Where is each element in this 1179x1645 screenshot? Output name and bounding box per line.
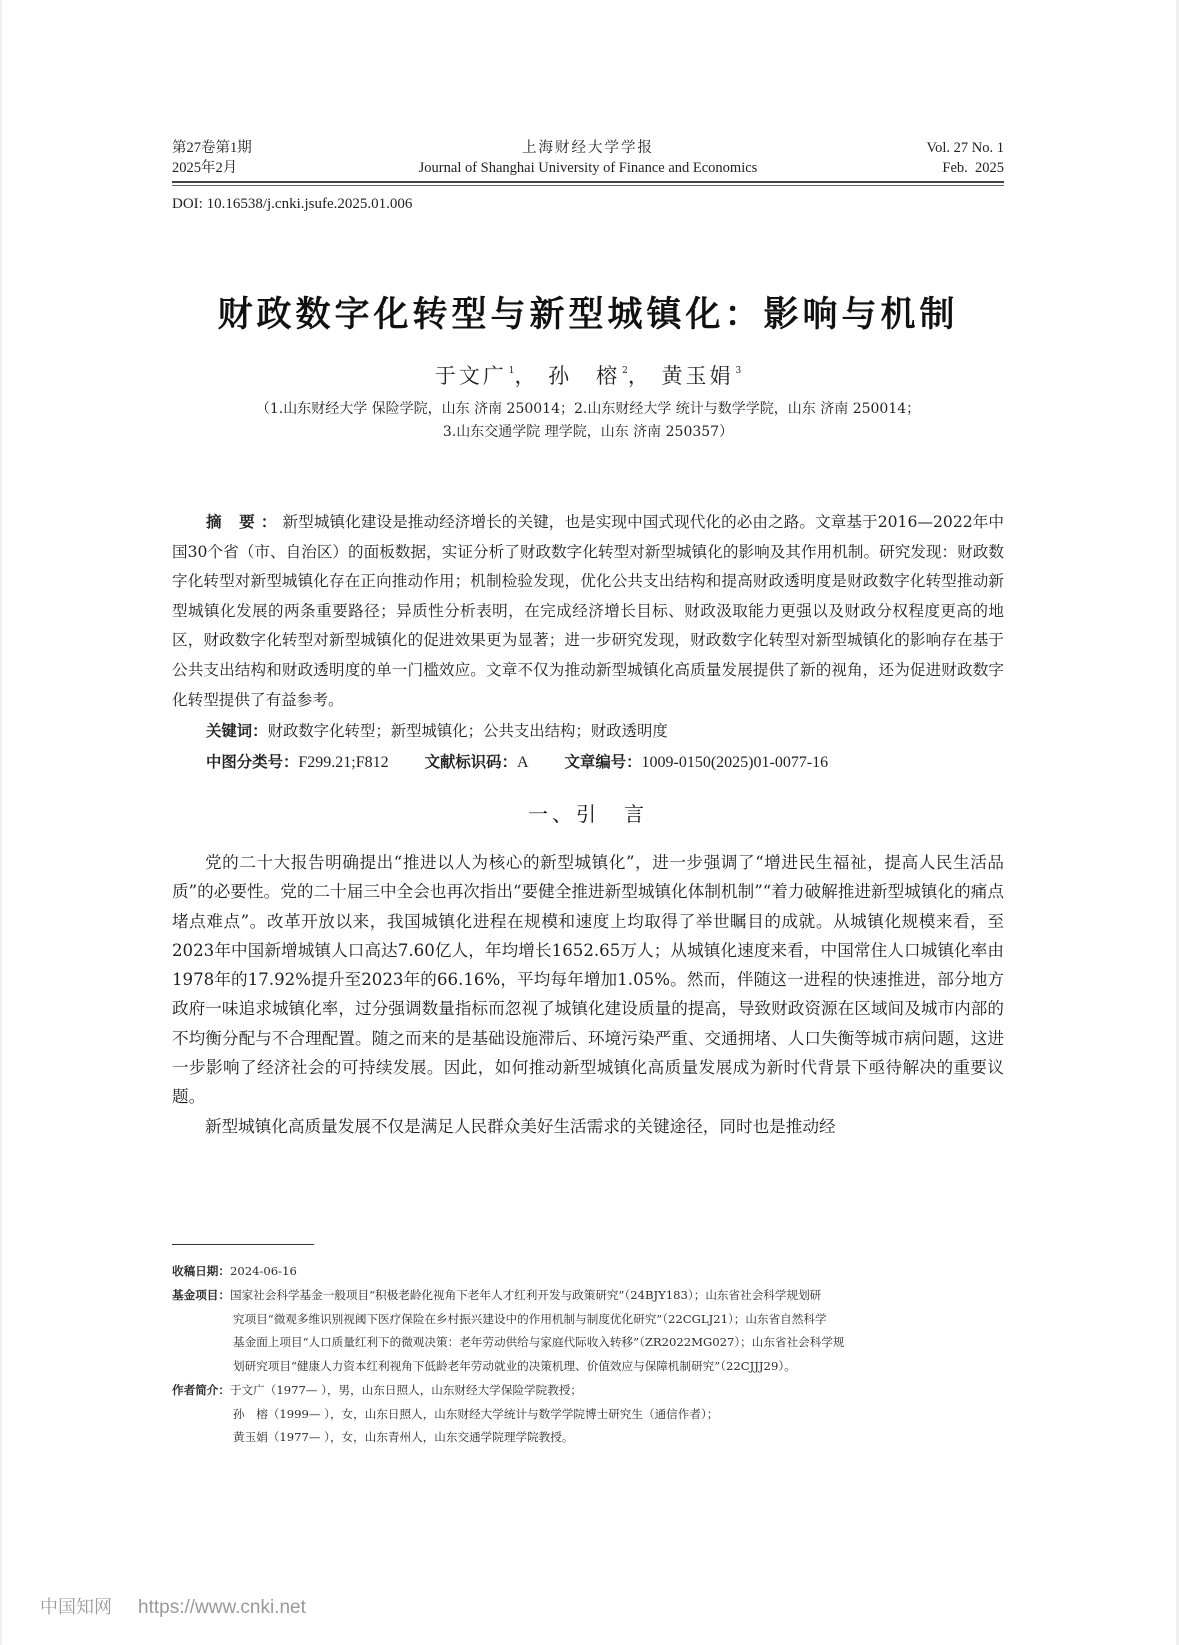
section-heading: 一、引 言 (172, 798, 1004, 827)
affiliation-line: 3.山东交通学院 理学院，山东 济南 250357） (172, 421, 1004, 441)
page-edge-left (0, 0, 2, 1645)
footnote-received-date: 收稿日期：2024-06-16 (172, 1260, 1004, 1284)
abstract-text: 新型城镇化建设是推动经济增长的关键，也是实现中国式现代化的必由之路。文章基于20… (172, 513, 1004, 709)
article-no-value: 1009-0150(2025)01-0077-16 (642, 754, 829, 771)
cnki-site-name: 中国知网 (40, 1597, 112, 1618)
author-bio-line: 黄玉娟（1977— ），女，山东青州人，山东交通学院理学院教授。 (172, 1426, 1004, 1450)
cnki-url-link[interactable]: https://www.cnki.net (138, 1597, 306, 1618)
received-label: 收稿日期： (172, 1264, 230, 1278)
keywords-label: 关键词： (206, 722, 268, 740)
authors-bio-label: 作者简介： (172, 1383, 230, 1397)
author-bio-line: 孙 榕（1999— ），女，山东日照人，山东财经大学统计与数学学院博士研究生（通… (172, 1403, 1004, 1427)
doi[interactable]: DOI: 10.16538/j.cnki.jsufe.2025.01.006 (172, 196, 412, 213)
body-paragraph: 党的二十大报告明确提出“推进以人为核心的新型城镇化”，进一步强调了“增进民生福祉… (172, 848, 1004, 1112)
author-affiliation-marker: 3 (736, 366, 742, 376)
abstract-label: 摘 要： (206, 513, 283, 531)
running-header: 第27卷第1期 2025年2月 上海财经大学学报 Journal of Shan… (172, 138, 1004, 178)
footnote-author-bios: 作者简介：于文广（1977— ），男，山东日照人，山东财经大学保险学院教授； 孙… (172, 1379, 1004, 1450)
clc-label: 中图分类号： (206, 753, 298, 771)
funding-line: 基金面上项目“人口质量红利下的微观决策：老年劳动供给与家庭代际收入转移”（ZR2… (172, 1331, 1004, 1355)
running-header-center: 上海财经大学学报 Journal of Shanghai University … (172, 138, 1004, 178)
article-no-label: 文章编号： (565, 753, 642, 771)
author-name: 黄玉娟 (662, 364, 734, 388)
date-en: Feb. 2025 (927, 158, 1004, 178)
cnki-watermark: 中国知网https://www.cnki.net (40, 1593, 306, 1619)
funding-label: 基金项目： (172, 1288, 230, 1302)
author-name: 于文广 (435, 364, 507, 388)
classification-row: 中图分类号：F299.21;F812文献标识码：A文章编号：1009-0150(… (206, 750, 828, 772)
doc-code-label: 文献标识码： (425, 753, 517, 771)
running-header-right: Vol. 27 No. 1 Feb. 2025 (927, 138, 1004, 178)
keywords-text: 财政数字化转型；新型城镇化；公共支出结构；财政透明度 (268, 722, 668, 740)
header-rule-thin (172, 185, 1004, 186)
author-name: 孙 榕 (548, 364, 620, 388)
header-rule-thick (172, 181, 1004, 183)
doc-code-value: A (517, 754, 529, 771)
journal-name-cn: 上海财经大学学报 (172, 138, 1004, 158)
author-separator: ， (628, 364, 652, 388)
body-paragraph: 新型城镇化高质量发展不仅是满足人民群众美好生活需求的关键途径，同时也是推动经 (172, 1112, 1004, 1141)
author-separator: ， (514, 364, 538, 388)
abstract: 摘 要：新型城镇化建设是推动经济增长的关键，也是实现中国式现代化的必由之路。文章… (172, 508, 1004, 715)
affiliation-line: （1.山东财经大学 保险学院，山东 济南 250014；2.山东财经大学 统计与… (172, 398, 1004, 418)
author-bio-line: 于文广（1977— ），男，山东日照人，山东财经大学保险学院教授； (230, 1383, 582, 1397)
funding-line: 国家社会科学基金一般项目“积极老龄化视角下老年人才红利开发与政策研究”（24BJ… (230, 1288, 821, 1302)
footnote-rule (172, 1244, 314, 1245)
funding-line: 究项目“微观多维识别视阈下医疗保险在乡村振兴建设中的作用机制与制度优化研究”（2… (172, 1308, 1004, 1332)
volume-en: Vol. 27 No. 1 (927, 138, 1004, 158)
keywords: 关键词：财政数字化转型；新型城镇化；公共支出结构；财政透明度 (206, 719, 668, 741)
clc-value: F299.21;F812 (298, 754, 388, 771)
journal-name-en: Journal of Shanghai University of Financ… (172, 158, 1004, 178)
footnote-funding: 基金项目：国家社会科学基金一般项目“积极老龄化视角下老年人才红利开发与政策研究”… (172, 1284, 1004, 1379)
article-title: 财政数字化转型与新型城镇化：影响与机制 (172, 287, 1004, 337)
author-list: 于文广1， 孙 榕2， 黄玉娟3 (172, 360, 1004, 390)
received-value: 2024-06-16 (230, 1264, 297, 1278)
funding-line: 划研究项目“健康人力资本红利视角下低龄老年劳动就业的决策机理、价值效应与保障机制… (172, 1355, 1004, 1379)
body-text: 党的二十大报告明确提出“推进以人为核心的新型城镇化”，进一步强调了“增进民生福祉… (172, 848, 1004, 1141)
